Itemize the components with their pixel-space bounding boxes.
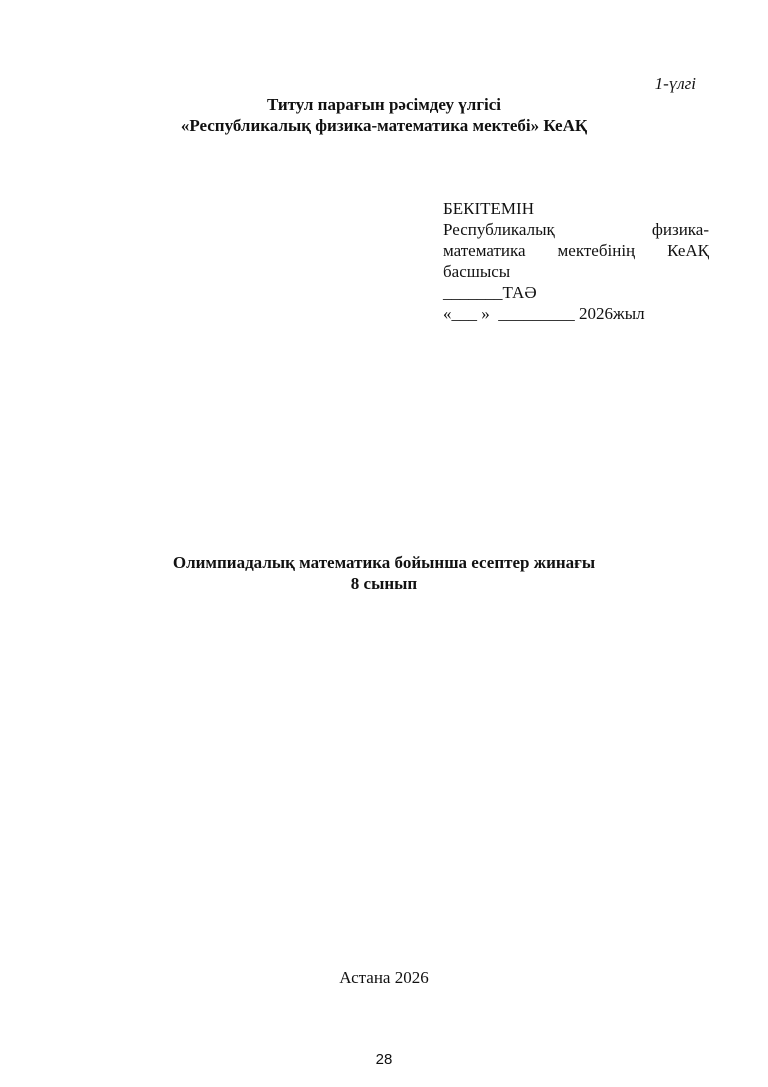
signature-line: _______ТАӘ	[443, 282, 709, 303]
city-year: Астана 2026	[0, 968, 768, 988]
header-title: Титул парағын рәсімдеу үлгісі	[0, 94, 768, 115]
approval-word: мектебінің	[558, 240, 636, 261]
approval-word: КеАҚ	[667, 240, 709, 261]
approval-word: физика-	[652, 219, 709, 240]
document-header: Титул парағын рәсімдеу үлгісі «Республик…	[0, 94, 768, 136]
sample-label: 1-үлгі	[655, 74, 696, 94]
approval-line-2: Республикалық физика-	[443, 219, 709, 240]
grade-label: 8 сынып	[0, 573, 768, 594]
approval-word: математика	[443, 240, 526, 261]
document-title-block: Олимпиадалық математика бойынша есептер …	[0, 552, 768, 594]
approval-word: Республикалық	[443, 219, 555, 240]
organization-name: «Республикалық физика-математика мектебі…	[0, 115, 768, 136]
page-number: 28	[0, 1051, 768, 1068]
date-line: «___ » _________ 2026жыл	[443, 303, 709, 324]
approval-heading: БЕКІТЕМІН	[443, 198, 709, 219]
approval-block: БЕКІТЕМІН Республикалық физика- математи…	[443, 198, 709, 324]
document-title: Олимпиадалық математика бойынша есептер …	[0, 552, 768, 573]
approval-line-3: математика мектебінің КеАҚ	[443, 240, 709, 261]
approval-position: басшысы	[443, 261, 709, 282]
